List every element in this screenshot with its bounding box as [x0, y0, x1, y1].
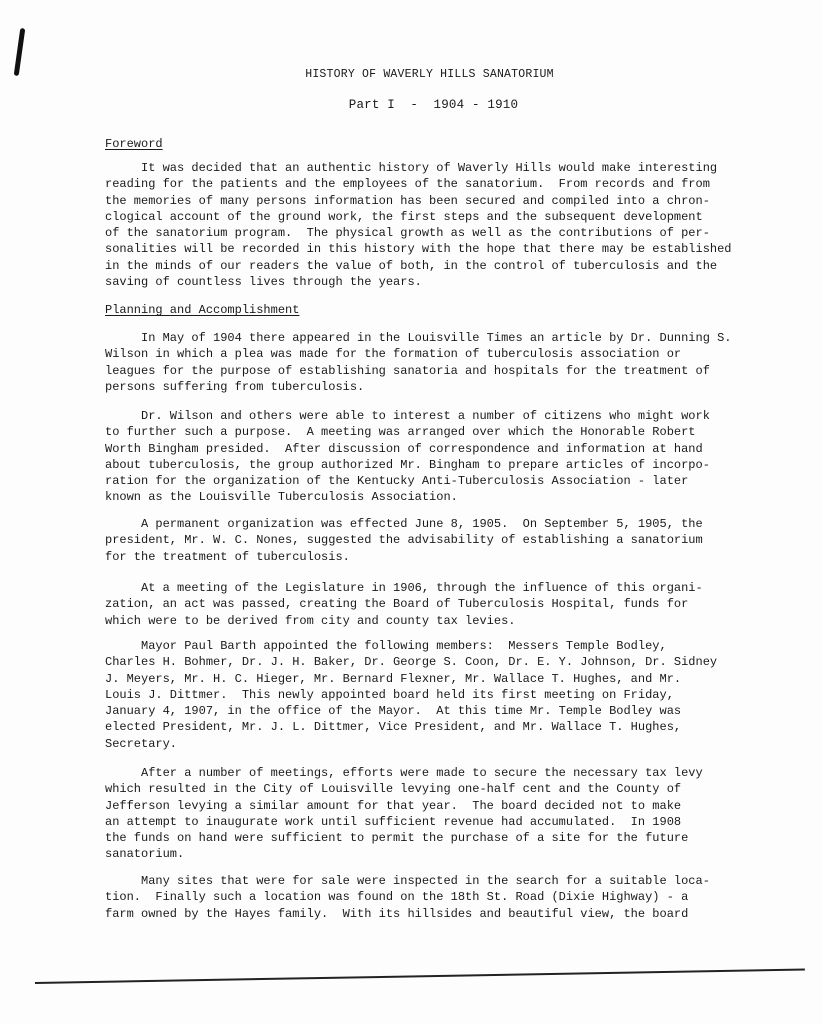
text-line: In May of 1904 there appeared in the Lou… [105, 330, 785, 346]
paragraph-5: Mayor Paul Barth appointed the following… [105, 638, 785, 752]
text-line: reading for the patients and the employe… [105, 176, 785, 192]
text-line: Dr. Wilson and others were able to inter… [105, 408, 785, 424]
text-line: It was decided that an authentic history… [105, 160, 785, 176]
text-line: which were to be derived from city and c… [105, 613, 785, 629]
text-line: saving of countless lives through the ye… [105, 274, 785, 290]
text-line: the memories of many persons information… [105, 193, 785, 209]
paragraph-6: After a number of meetings, efforts were… [105, 765, 785, 863]
text-line: At a meeting of the Legislature in 1906,… [105, 580, 785, 596]
page-bottom-rule [35, 969, 805, 984]
section-heading-planning: Planning and Accomplishment [105, 303, 299, 317]
text-line: which resulted in the City of Louisville… [105, 781, 785, 797]
text-line: to further such a purpose. A meeting was… [105, 424, 785, 440]
section-heading-foreword: Foreword [105, 137, 163, 151]
document-title: HISTORY OF WAVERLY HILLS SANATORIUM [18, 68, 823, 81]
text-line: Mayor Paul Barth appointed the following… [105, 638, 785, 654]
text-line: of the sanatorium program. The physical … [105, 225, 785, 241]
text-line: Louis J. Dittmer. This newly appointed b… [105, 687, 785, 703]
text-line: January 4, 1907, in the office of the Ma… [105, 703, 785, 719]
text-line: in the minds of our readers the value of… [105, 258, 785, 274]
text-line: Wilson in which a plea was made for the … [105, 346, 785, 362]
document-subtitle: Part I - 1904 - 1910 [22, 98, 823, 112]
text-line: ration for the organization of the Kentu… [105, 473, 785, 489]
paragraph-foreword: It was decided that an authentic history… [105, 160, 785, 290]
paragraph-2: Dr. Wilson and others were able to inter… [105, 408, 785, 506]
document-page: HISTORY OF WAVERLY HILLS SANATORIUM Part… [0, 0, 823, 1024]
text-line: president, Mr. W. C. Nones, suggested th… [105, 532, 785, 548]
text-line: leagues for the purpose of establishing … [105, 363, 785, 379]
text-line: known as the Louisville Tuberculosis Ass… [105, 489, 785, 505]
text-line: about tuberculosis, the group authorized… [105, 457, 785, 473]
text-line: Worth Bingham presided. After discussion… [105, 441, 785, 457]
text-line: sanatorium. [105, 846, 785, 862]
text-line: zation, an act was passed, creating the … [105, 596, 785, 612]
text-line: clogical account of the ground work, the… [105, 209, 785, 225]
text-line: Many sites that were for sale were inspe… [105, 873, 785, 889]
text-line: A permanent organization was effected Ju… [105, 516, 785, 532]
text-line: persons suffering from tuberculosis. [105, 379, 785, 395]
text-line: tion. Finally such a location was found … [105, 889, 785, 905]
paragraph-4: At a meeting of the Legislature in 1906,… [105, 580, 785, 629]
text-line: an attempt to inaugurate work until suff… [105, 814, 785, 830]
text-line: Jefferson levying a similar amount for t… [105, 798, 785, 814]
paragraph-3: A permanent organization was effected Ju… [105, 516, 785, 565]
text-line: J. Meyers, Mr. H. C. Hieger, Mr. Bernard… [105, 671, 785, 687]
text-line: Secretary. [105, 736, 785, 752]
paragraph-7: Many sites that were for sale were inspe… [105, 873, 785, 922]
paragraph-1: In May of 1904 there appeared in the Lou… [105, 330, 785, 395]
text-line: the funds on hand were sufficient to per… [105, 830, 785, 846]
text-line: for the treatment of tuberculosis. [105, 549, 785, 565]
text-line: sonalities will be recorded in this hist… [105, 241, 785, 257]
text-line: farm owned by the Hayes family. With its… [105, 906, 785, 922]
text-line: Charles H. Bohmer, Dr. J. H. Baker, Dr. … [105, 654, 785, 670]
text-line: After a number of meetings, efforts were… [105, 765, 785, 781]
text-line: elected President, Mr. J. L. Dittmer, Vi… [105, 719, 785, 735]
